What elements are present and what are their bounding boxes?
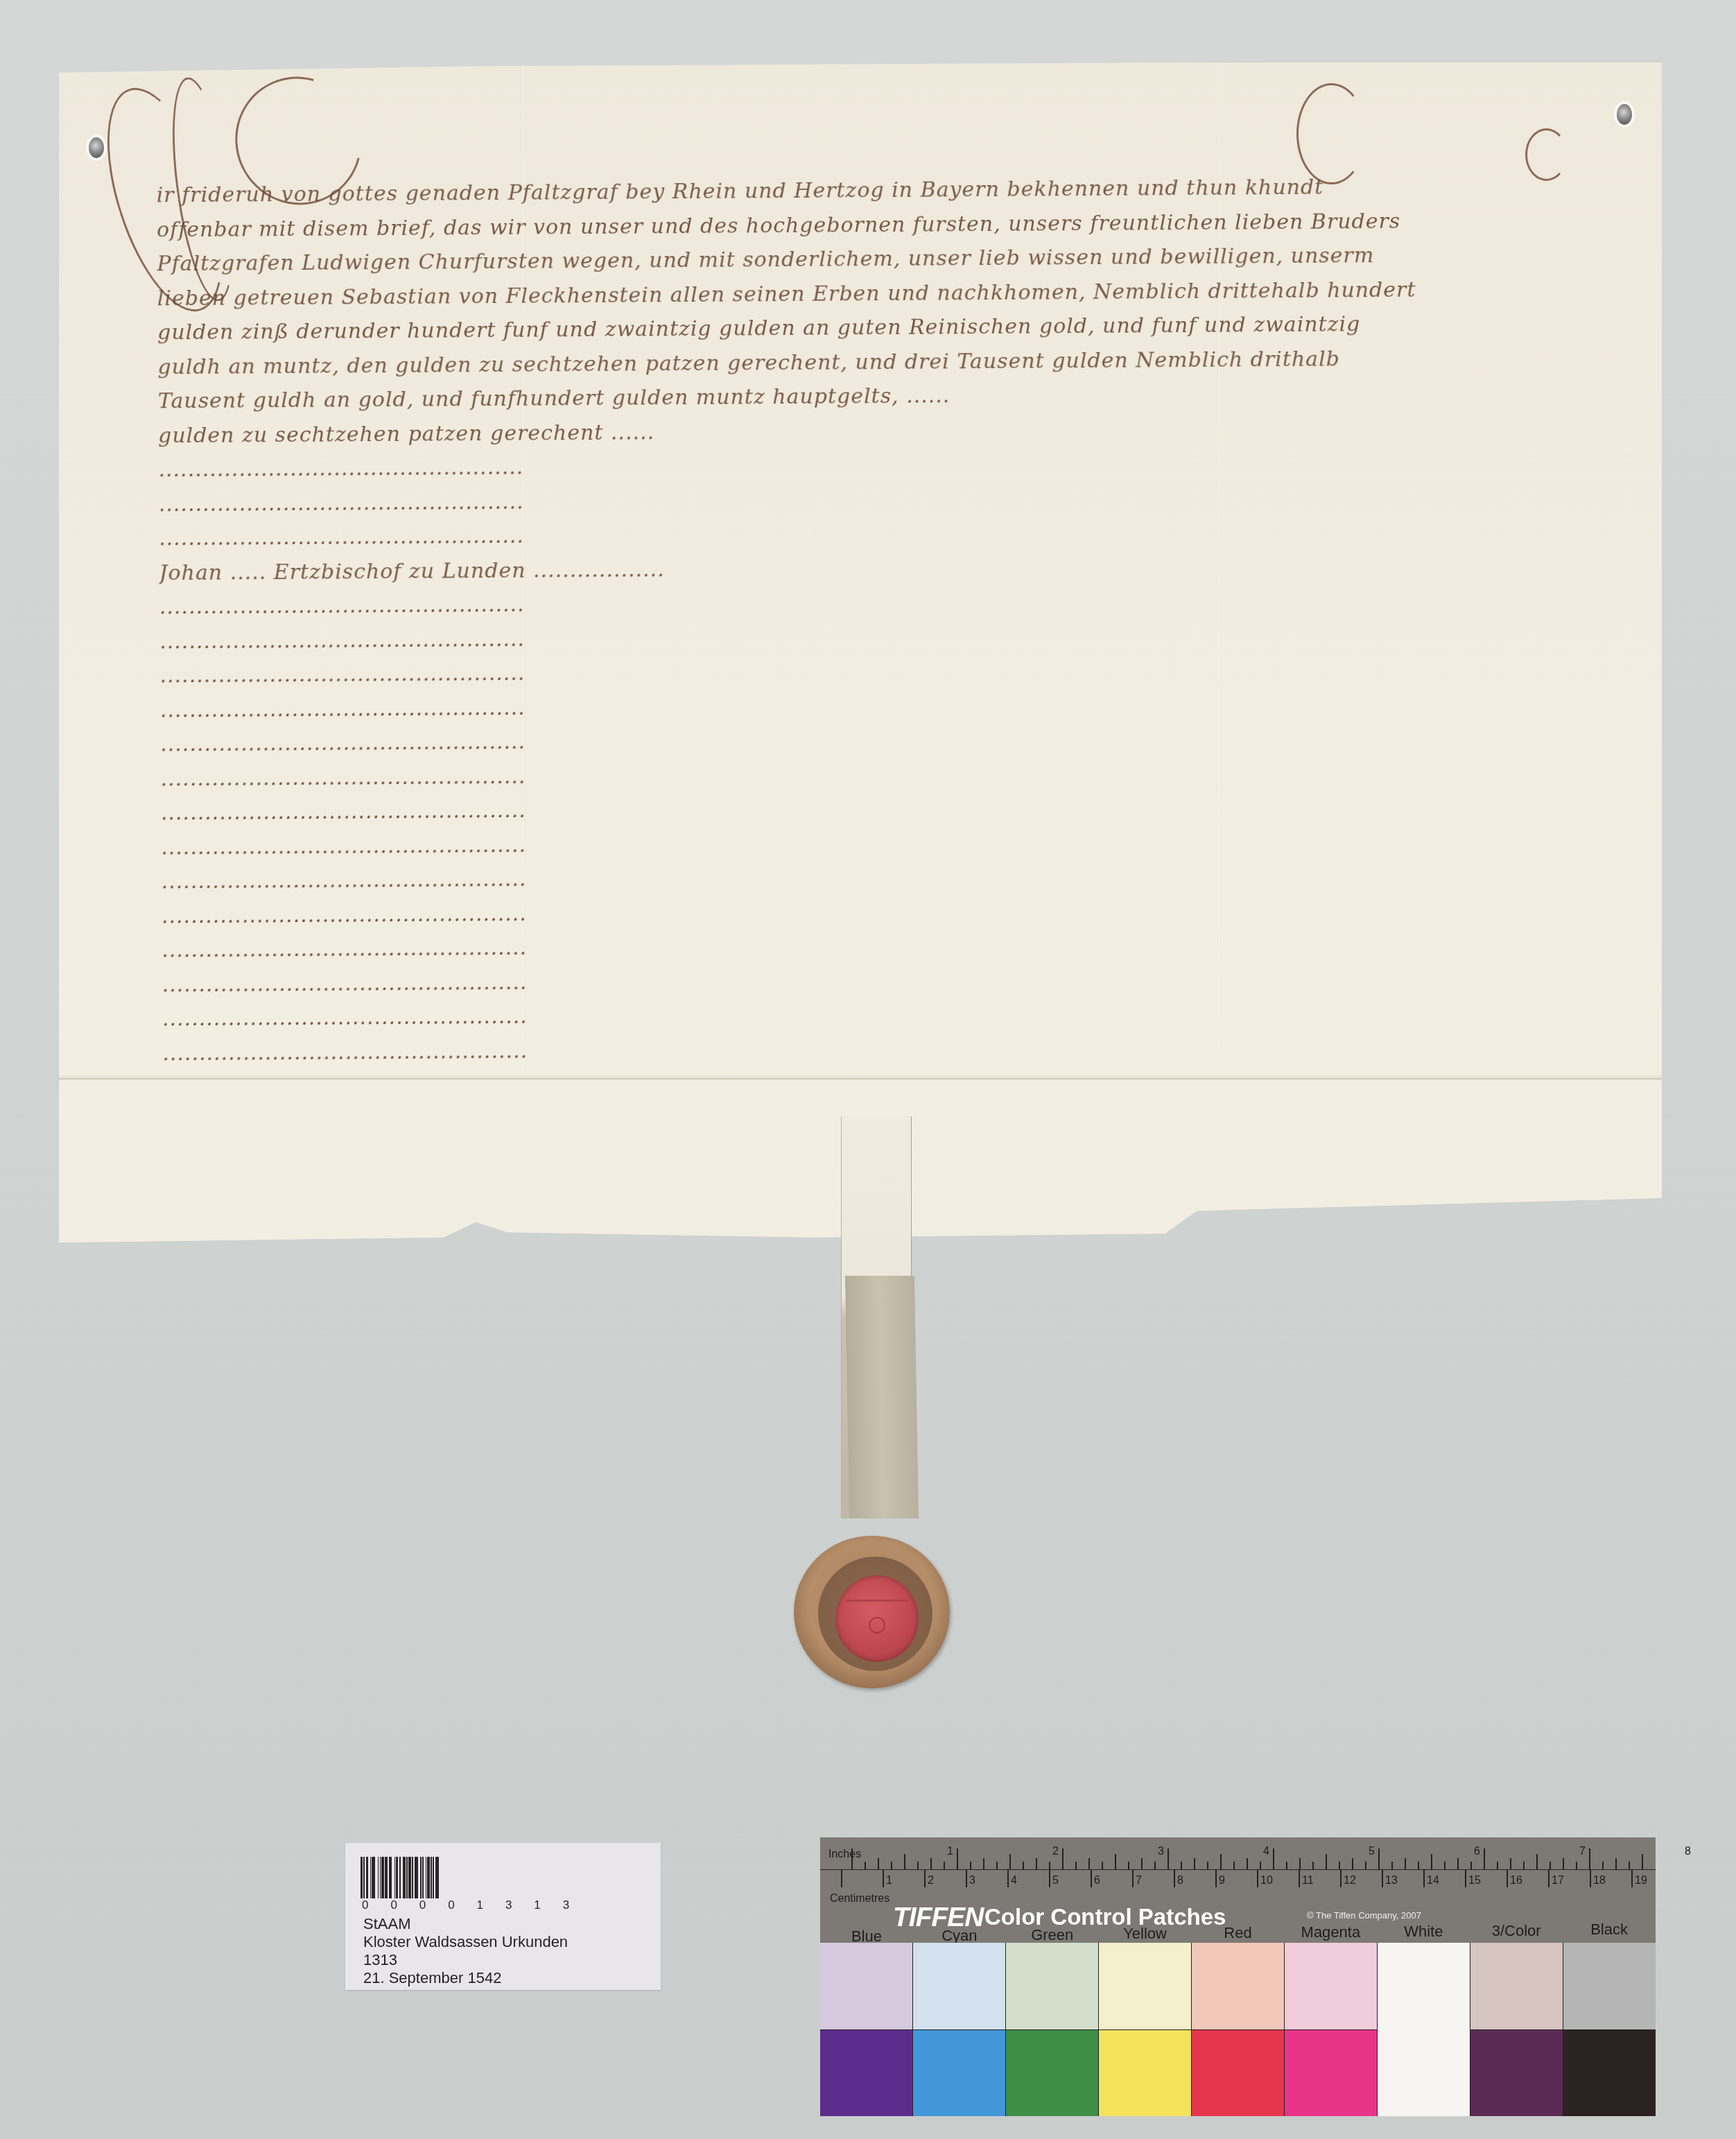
inch-tick xyxy=(1576,1862,1577,1869)
cm-tick xyxy=(1590,1869,1591,1887)
inch-mark: 3 xyxy=(1158,1846,1164,1858)
cm-tick xyxy=(1631,1869,1633,1887)
inch-ruler: Inches 12345678 xyxy=(820,1844,1656,1870)
cm-tick xyxy=(1465,1869,1466,1887)
inch-tick xyxy=(1009,1854,1011,1869)
inch-tick xyxy=(1062,1848,1064,1869)
patch-names: BlueCyanGreenYellowRedMagentaWhite3/Colo… xyxy=(820,1919,1656,1944)
inch-tick xyxy=(1273,1848,1274,1869)
cm-mark: 9 xyxy=(1219,1875,1225,1887)
inch-tick xyxy=(1536,1854,1538,1869)
patch-label-white: White xyxy=(1389,1923,1458,1941)
patch-label-magenta: Magenta xyxy=(1296,1923,1365,1941)
inch-mark: 7 xyxy=(1579,1846,1586,1858)
inch-tick xyxy=(1642,1854,1643,1869)
inch-tick xyxy=(1523,1862,1525,1869)
inch-tick xyxy=(1352,1858,1353,1869)
inch-tick xyxy=(1023,1862,1024,1869)
inch-tick xyxy=(851,1848,853,1869)
inch-tick xyxy=(1497,1862,1498,1869)
inch-tick xyxy=(944,1862,945,1869)
cm-mark: 3 xyxy=(969,1875,975,1887)
inch-tick xyxy=(1510,1858,1511,1869)
patch-column-yellow xyxy=(1099,1943,1192,2116)
tiffen-color-chart: Inches 12345678 123456789101112131415161… xyxy=(820,1832,1656,2123)
patch-saturated xyxy=(1192,2030,1284,2117)
patch-light xyxy=(1285,1943,1377,2030)
cm-tick xyxy=(1299,1869,1300,1887)
cm-mark: 2 xyxy=(928,1875,934,1887)
inch-tick xyxy=(1615,1858,1617,1869)
cm-tick xyxy=(966,1869,967,1887)
charter-text: ir frideruh von gottes genaden Pfaltzgra… xyxy=(157,168,1626,1071)
cm-mark: 7 xyxy=(1136,1875,1142,1887)
patch-label-black: Black xyxy=(1574,1921,1644,1939)
inch-tick xyxy=(1326,1854,1327,1869)
inch-tick xyxy=(1602,1862,1604,1869)
patch-light xyxy=(1470,1943,1563,2030)
inch-tick xyxy=(1194,1858,1195,1869)
mounting-pin-right xyxy=(1617,104,1632,125)
cm-mark: 4 xyxy=(1011,1875,1017,1887)
cm-tick xyxy=(1423,1869,1425,1887)
patch-light xyxy=(1099,1943,1191,2030)
cm-tick xyxy=(1548,1869,1550,1887)
inch-tick xyxy=(917,1862,919,1869)
cm-tick xyxy=(1507,1869,1508,1887)
patch-column-blue xyxy=(820,1943,913,2116)
inch-tick xyxy=(1088,1858,1090,1869)
patch-saturated xyxy=(1470,2030,1563,2117)
cm-mark: 18 xyxy=(1593,1875,1606,1887)
seal-strap-lower xyxy=(845,1276,919,1518)
inch-tick xyxy=(1391,1862,1393,1869)
wax-seal-icon xyxy=(835,1575,919,1662)
cm-mark: 14 xyxy=(1427,1875,1439,1887)
cm-tick xyxy=(1340,1869,1342,1887)
inch-tick xyxy=(1589,1848,1590,1869)
inch-tick xyxy=(1115,1854,1116,1869)
inch-tick xyxy=(1128,1862,1129,1869)
cm-tick xyxy=(1132,1869,1134,1887)
inch-tick xyxy=(1286,1862,1287,1869)
cm-mark: 15 xyxy=(1468,1875,1481,1887)
cm-tick xyxy=(1091,1869,1092,1887)
cm-tick xyxy=(924,1869,926,1887)
cm-mark: 5 xyxy=(1052,1875,1059,1887)
patch-label-red: Red xyxy=(1204,1924,1273,1942)
inch-tick xyxy=(1036,1858,1037,1869)
cm-ruler: 12345678910111213141516171819 xyxy=(820,1869,1656,1890)
inch-tick xyxy=(891,1862,892,1869)
inch-tick xyxy=(970,1862,971,1869)
inch-tick xyxy=(878,1858,879,1869)
label-archive: StAAM xyxy=(363,1915,568,1933)
cm-mark: 12 xyxy=(1344,1875,1356,1887)
inch-tick xyxy=(930,1858,932,1869)
cm-tick xyxy=(841,1869,842,1887)
label-text: StAAM Kloster Waldsassen Urkunden 1313 2… xyxy=(363,1915,568,1987)
inch-tick xyxy=(1365,1862,1366,1869)
inch-tick xyxy=(1141,1858,1143,1869)
inches-label: Inches xyxy=(828,1848,861,1861)
patch-column-3color xyxy=(1470,1943,1563,2116)
cm-tick xyxy=(883,1869,884,1887)
inch-tick xyxy=(1550,1862,1551,1869)
barcode-gap xyxy=(439,1857,440,1898)
cm-mark: 16 xyxy=(1510,1875,1522,1887)
cm-mark: 1 xyxy=(886,1875,892,1887)
inch-tick xyxy=(1405,1858,1406,1869)
inch-tick xyxy=(904,1854,905,1869)
inch-tick xyxy=(1444,1862,1446,1869)
cm-mark: 6 xyxy=(1094,1875,1100,1887)
inch-tick xyxy=(1378,1848,1380,1869)
patch-column-cyan xyxy=(913,1943,1006,2116)
inch-mark: 5 xyxy=(1369,1846,1375,1858)
patch-column-red xyxy=(1192,1943,1285,2116)
inch-tick xyxy=(1233,1862,1235,1869)
mounting-pin-left xyxy=(89,137,104,158)
barcode-icon xyxy=(361,1857,440,1898)
cm-tick xyxy=(1007,1869,1009,1887)
patch-saturated xyxy=(1099,2030,1191,2117)
chart-header: Inches 12345678 123456789101112131415161… xyxy=(820,1837,1656,1943)
cm-tick xyxy=(1215,1869,1217,1887)
inch-tick xyxy=(1470,1862,1472,1869)
cm-mark: 13 xyxy=(1385,1875,1398,1887)
cm-tick xyxy=(1382,1869,1383,1887)
inch-tick xyxy=(1629,1862,1630,1869)
patch-light xyxy=(1563,1943,1656,2030)
inch-tick xyxy=(1181,1862,1182,1869)
inch-tick xyxy=(1563,1858,1564,1869)
inch-mark: 2 xyxy=(1052,1846,1059,1858)
inch-tick xyxy=(983,1858,984,1869)
inch-tick xyxy=(1431,1854,1432,1869)
archive-label: 0 0 0 0 1 3 1 3 StAAM Kloster Waldsassen… xyxy=(345,1843,661,1990)
patch-saturated xyxy=(1006,2030,1098,2117)
inch-tick xyxy=(996,1862,998,1869)
label-number: 1313 xyxy=(363,1951,568,1969)
inch-mark: 4 xyxy=(1263,1846,1269,1858)
cm-tick xyxy=(1174,1869,1175,1887)
inch-tick xyxy=(1312,1862,1314,1869)
patch-column-white xyxy=(1378,1943,1470,2116)
inch-mark: 8 xyxy=(1685,1846,1691,1858)
patch-saturated xyxy=(1563,2030,1656,2117)
inch-tick xyxy=(1049,1862,1050,1869)
inch-tick xyxy=(1457,1858,1459,1869)
inch-tick xyxy=(1484,1848,1485,1869)
centimetres-label: Centimetres xyxy=(830,1893,889,1905)
inch-tick xyxy=(1339,1862,1340,1869)
color-patches xyxy=(820,1943,1656,2116)
inch-tick xyxy=(1220,1854,1222,1869)
barcode-digits: 0 0 0 0 1 3 1 3 xyxy=(362,1898,579,1912)
label-date: 21. September 1542 xyxy=(363,1969,568,1987)
cm-mark: 10 xyxy=(1260,1875,1273,1887)
inch-tick xyxy=(1299,1858,1301,1869)
label-collection: Kloster Waldsassen Urkunden xyxy=(363,1933,568,1951)
patch-label-green: Green xyxy=(1018,1926,1087,1944)
inch-tick xyxy=(1207,1862,1208,1869)
inch-tick xyxy=(1260,1862,1261,1869)
patch-white xyxy=(1378,1943,1470,2116)
patch-column-magenta xyxy=(1285,1943,1378,2116)
patch-light xyxy=(913,1943,1005,2030)
patch-column-green xyxy=(1006,1943,1099,2116)
ascender-loop-flourish-icon xyxy=(1296,83,1366,184)
cm-mark: 17 xyxy=(1552,1875,1564,1887)
patch-saturated xyxy=(820,2030,912,2117)
patch-label-3color: 3/Color xyxy=(1482,1922,1551,1940)
patch-saturated xyxy=(913,2030,1005,2117)
cm-tick xyxy=(1257,1869,1258,1887)
patch-saturated xyxy=(1285,2030,1377,2117)
cm-mark: 11 xyxy=(1302,1875,1314,1887)
inch-tick xyxy=(1154,1862,1156,1869)
inch-tick xyxy=(865,1862,866,1869)
inch-tick xyxy=(1102,1862,1103,1869)
patch-column-black xyxy=(1563,1943,1656,2116)
inch-tick xyxy=(1247,1858,1248,1869)
inch-tick xyxy=(957,1848,958,1869)
patch-label-cyan: Cyan xyxy=(925,1927,994,1945)
cm-mark: 8 xyxy=(1177,1875,1183,1887)
cm-tick xyxy=(1049,1869,1050,1887)
inch-mark: 6 xyxy=(1474,1846,1480,1858)
patch-light xyxy=(820,1943,912,2030)
patch-light xyxy=(1006,1943,1098,2030)
patch-label-yellow: Yellow xyxy=(1111,1925,1180,1943)
inch-tick xyxy=(1168,1848,1169,1869)
inch-tick xyxy=(1418,1862,1419,1869)
patch-light xyxy=(1192,1943,1284,2030)
inch-tick xyxy=(1075,1862,1077,1869)
inch-mark: 1 xyxy=(947,1846,953,1858)
cm-mark: 19 xyxy=(1635,1875,1647,1887)
